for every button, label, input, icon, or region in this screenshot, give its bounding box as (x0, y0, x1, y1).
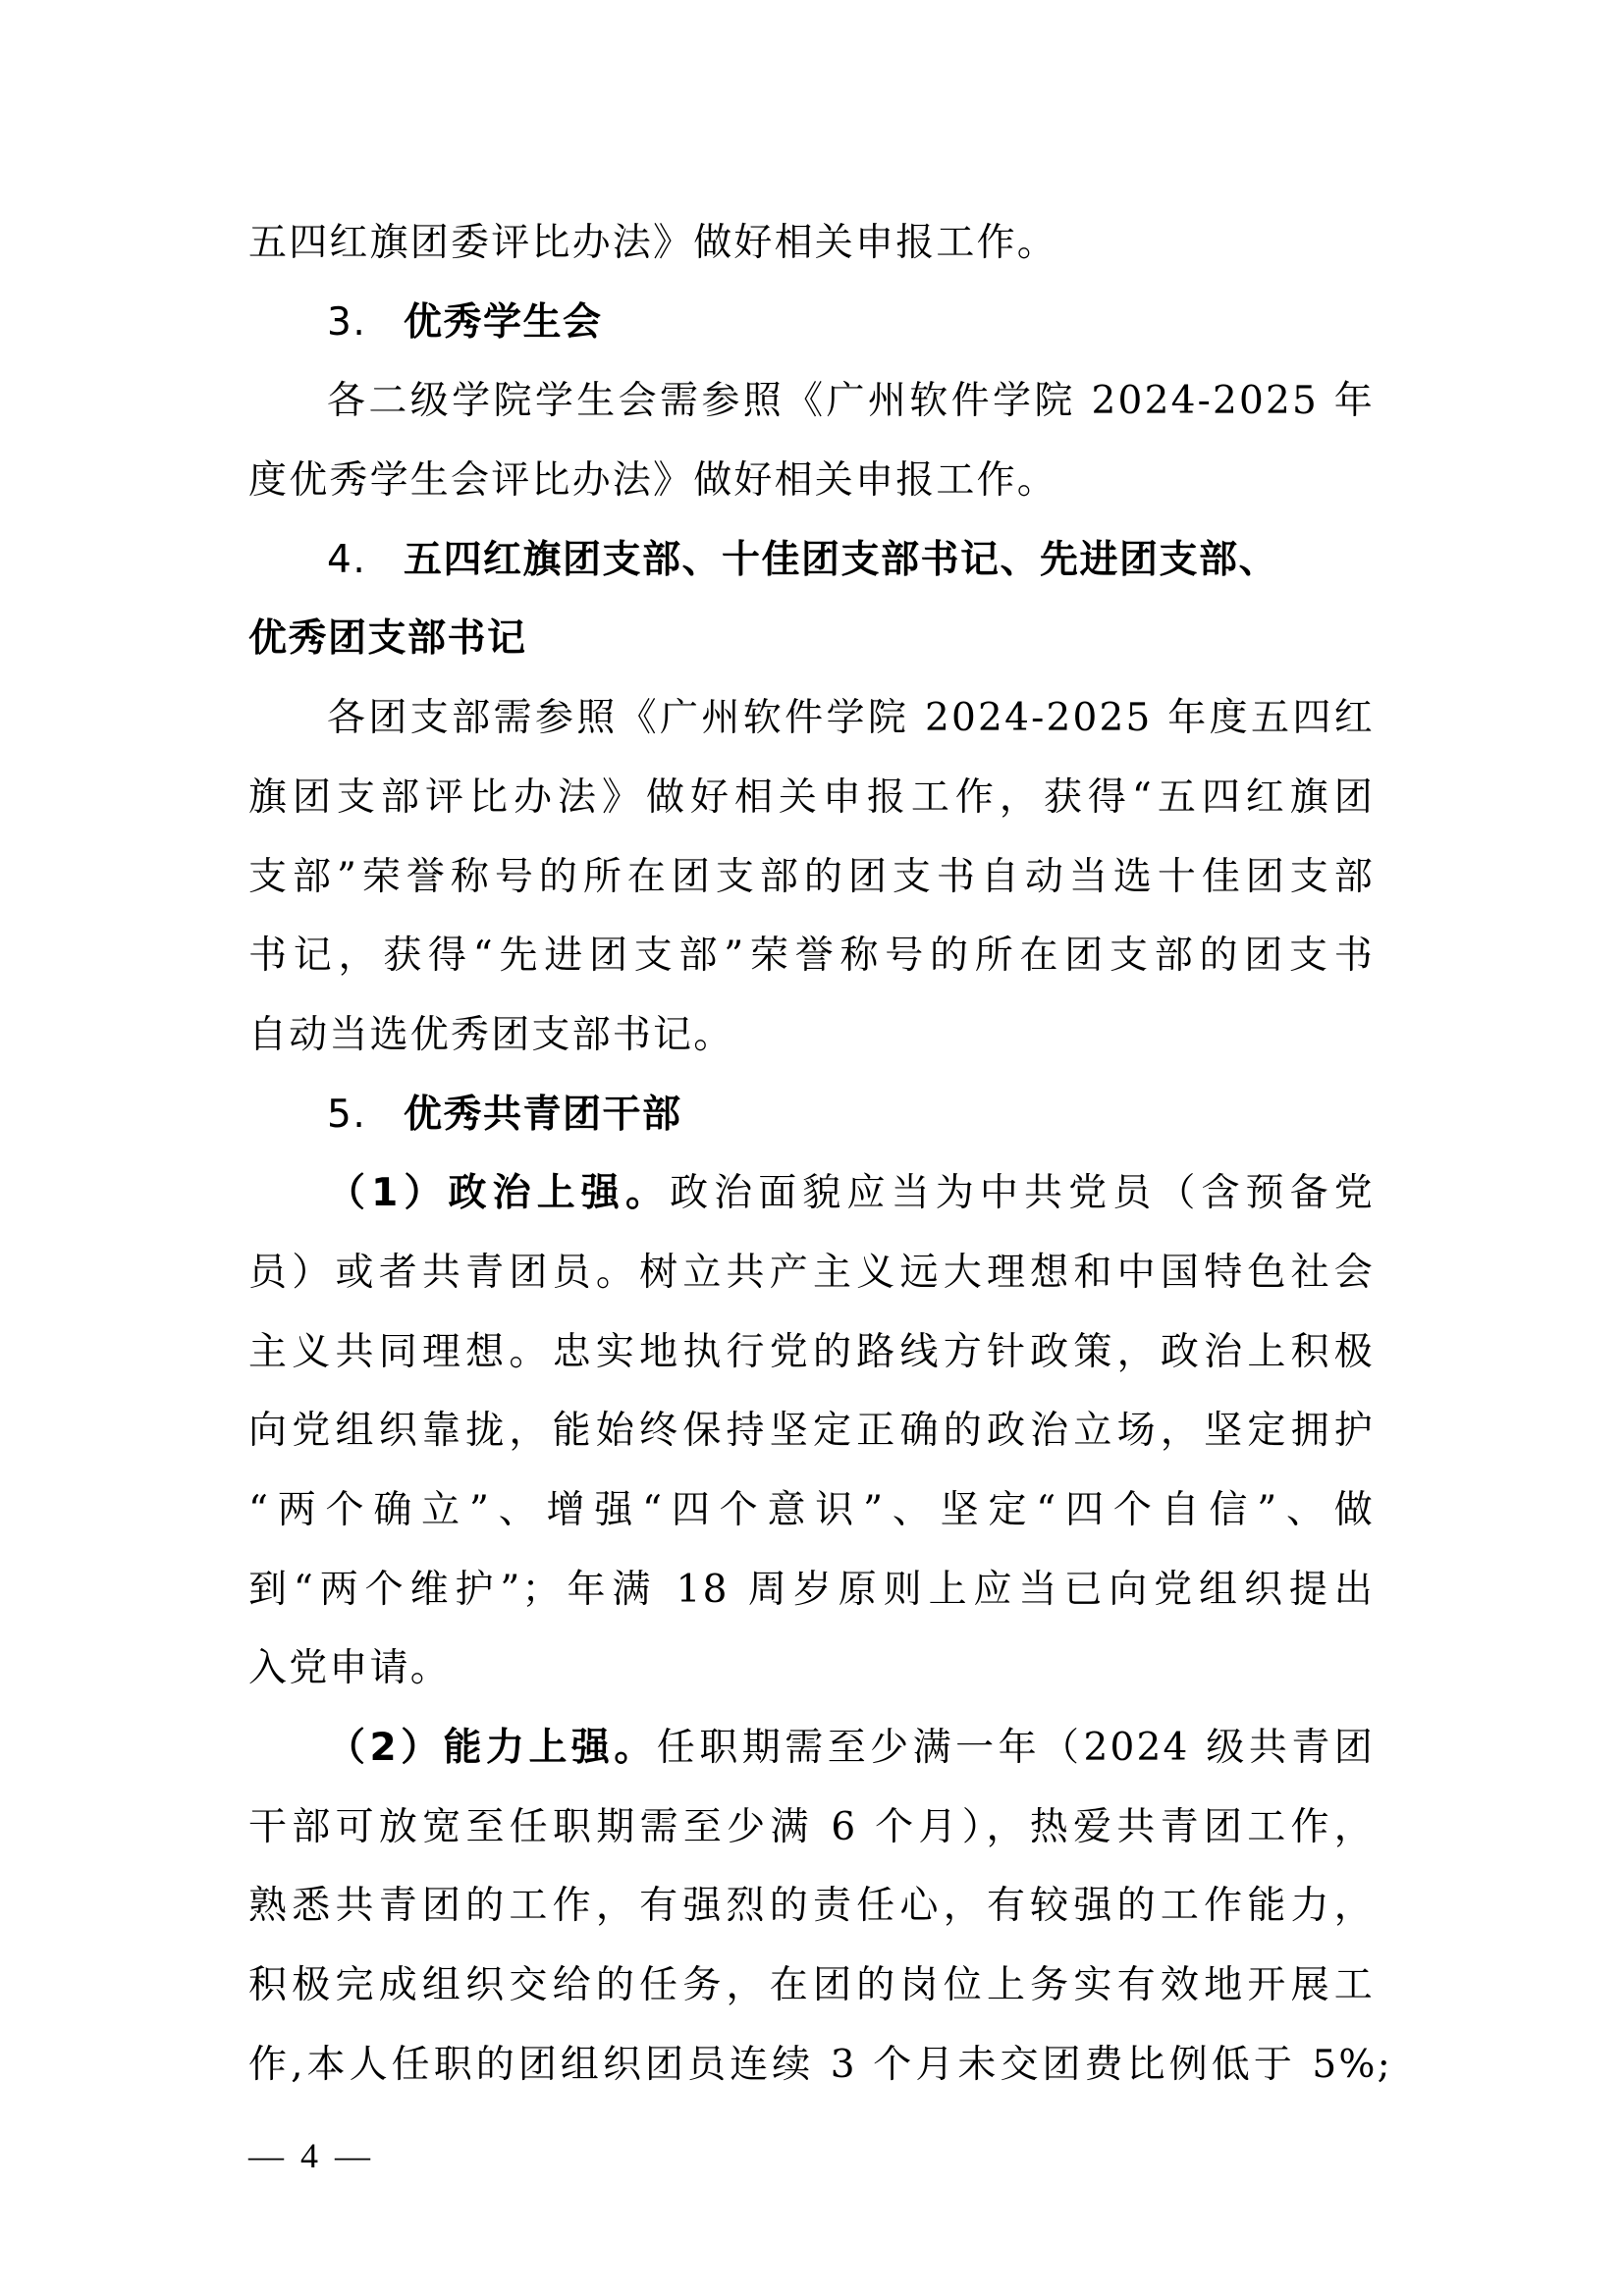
section-number: 5. (327, 1076, 404, 1155)
criterion-2-line: （2）能力上强。任职期需至少满一年（2024 级共青团 (248, 1709, 1375, 1789)
paragraph-line: 各团支部需参照《广州软件学院 2024-2025 年度五四红 (248, 679, 1375, 759)
section-heading-4: 4.五四红旗团支部、十佳团支部书记、先进团支部、 (248, 521, 1378, 601)
page-number: — 4 — (248, 2130, 374, 2181)
criterion-1-line: （1）政治上强。政治面貌应当为中共党员（含预备党 (248, 1154, 1375, 1234)
criterion-lead: （1）政治上强。 (327, 1171, 670, 1215)
paragraph-line: 各二级学院学生会需参照《广州软件学院 2024-2025 年 (248, 362, 1375, 442)
criterion-lead: （2）能力上强。 (327, 1726, 657, 1770)
section-title-continued: 优秀团支部书记 (248, 600, 1378, 679)
paragraph-line: 自动当选优秀团支部书记。 (248, 996, 1378, 1076)
document-page: 五四红旗团委评比办法》做好相关申报工作。 3.优秀学生会 各二级学院学生会需参照… (248, 204, 1378, 2106)
section-heading-3: 3.优秀学生会 (248, 284, 1378, 363)
criterion-text: 任职期需至少满一年（2024 级共青团 (657, 1726, 1375, 1770)
section-title: 五四红旗团支部、十佳团支部书记、先进团支部、 (404, 538, 1278, 582)
paragraph-line: 度优秀学生会评比办法》做好相关申报工作。 (248, 442, 1378, 521)
paragraph-line: 支部”荣誉称号的所在团支部的团支书自动当选十佳团支部 (248, 838, 1375, 918)
paragraph-line: 旗团支部评比办法》做好相关申报工作，获得“五四红旗团 (248, 759, 1375, 838)
section-number: 3. (327, 284, 404, 363)
paragraph-line: 入党申请。 (248, 1629, 1378, 1709)
paragraph-line: 熟悉共青团的工作，有强烈的责任心，有较强的工作能力， (248, 1867, 1375, 1947)
section-title: 优秀共青团干部 (404, 1093, 682, 1137)
paragraph-line: 向党组织靠拢，能始终保持坚定正确的政治立场，坚定拥护 (248, 1392, 1375, 1471)
paragraph-line: 五四红旗团委评比办法》做好相关申报工作。 (248, 204, 1378, 284)
section-number: 4. (327, 521, 404, 601)
section-heading-5: 5.优秀共青团干部 (248, 1076, 1378, 1155)
paragraph-line: 积极完成组织交给的任务，在团的岗位上务实有效地开展工 (248, 1947, 1375, 2026)
paragraph-line: 员）或者共青团员。树立共产主义远大理想和中国特色社会 (248, 1234, 1375, 1313)
paragraph-line: 作,本人任职的团组织团员连续 3 个月未交团费比例低于 5%; (248, 2026, 1392, 2106)
criterion-text: 政治面貌应当为中共党员（含预备党 (670, 1171, 1375, 1215)
paragraph-line: “两个确立”、增强“四个意识”、坚定“四个自信”、做 (248, 1471, 1375, 1551)
paragraph-line: 书记，获得“先进团支部”荣誉称号的所在团支部的团支书 (248, 917, 1375, 996)
section-title: 优秀学生会 (404, 300, 603, 345)
paragraph-line: 主义共同理想。忠实地执行党的路线方针政策，政治上积极 (248, 1313, 1375, 1393)
paragraph-line: 干部可放宽至任职期需至少满 6 个月），热爱共青团工作， (248, 1789, 1375, 1868)
paragraph-line: 到“两个维护”；年满 18 周岁原则上应当已向党组织提出 (248, 1551, 1375, 1630)
